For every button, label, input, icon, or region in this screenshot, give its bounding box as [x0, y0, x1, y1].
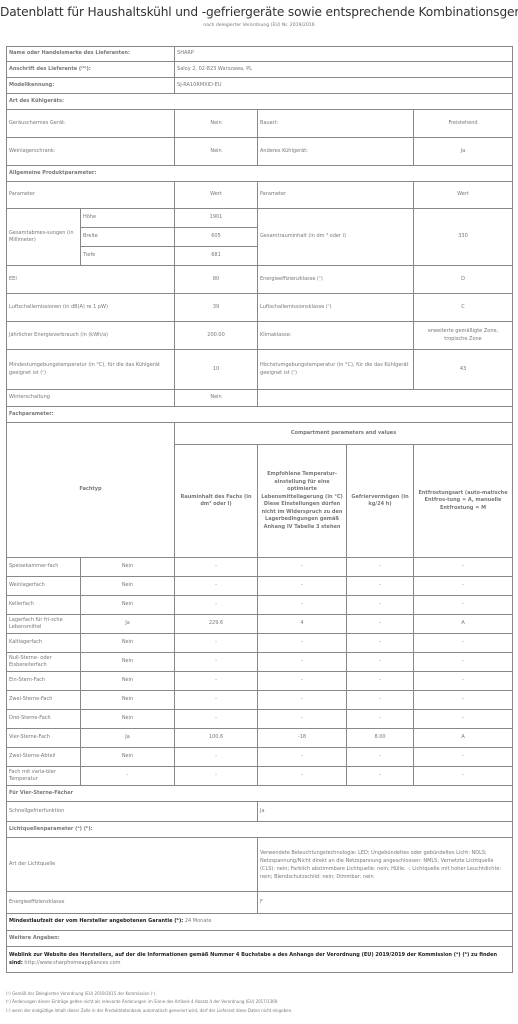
compartment-volume: - [175, 577, 258, 596]
eei-value: 80 [175, 266, 258, 294]
compartment-defrost: - [414, 748, 513, 767]
compartment-volume: - [175, 691, 258, 710]
winter-row: Winterschaltung Nein [7, 390, 513, 407]
compartment-present: Nein [81, 577, 175, 596]
compartment-volume: - [175, 558, 258, 577]
ambient-temp-row: Mindestumgebungstemperatur (in °C), für … [7, 350, 513, 390]
light-section: Lichtquellenparameter (ᵃ) (ᵇ): [7, 822, 513, 838]
compartment-freeze: - [347, 748, 414, 767]
compartment-defrost: - [414, 691, 513, 710]
compartment-freeze: - [347, 672, 414, 691]
climate-label: Klimaklasse: [258, 322, 414, 350]
compartment-defrost: - [414, 710, 513, 729]
compartment-type: Vier-Sterne-Fach [7, 729, 81, 748]
height-row: Gesamtabmes-sungen (in Millimeter) Höhe … [7, 209, 513, 228]
compartment-defrost: A [414, 729, 513, 748]
compartment-temp: - [258, 558, 347, 577]
page-title: Datenblatt für Haushaltskühl und -gefrie… [0, 5, 518, 19]
supplier-address-label: Anschrift des Lieferante (⁽ᵇ⁾): [7, 62, 175, 78]
further-heading: Weitere Angaben: [7, 931, 513, 947]
compartment-present: Ja [81, 615, 175, 634]
compartment-row: Drei-Sterne-FachNein---- [7, 710, 513, 729]
other-appliance-label: Anderes Kühlgerät: [258, 138, 414, 166]
fast-freeze-label: Schnellgefrierfunktion [7, 802, 258, 822]
value-header-2: Wert [414, 182, 513, 209]
warranty-value: 24 Monate [185, 918, 212, 924]
compartment-volume: - [175, 767, 258, 786]
compartment-present: Nein [81, 691, 175, 710]
design-value: Freistehend [414, 110, 513, 138]
compartment-volume: 100.6 [175, 729, 258, 748]
appliance-type-row: Weinlagerschrank: Nein Anderes Kühlgerät… [7, 138, 513, 166]
annual-energy-value: 200.00 [175, 322, 258, 350]
supplier-address-row: Anschrift des Lieferante (⁽ᵇ⁾): Saloy 2,… [7, 62, 513, 78]
fachtyp-header: Fachtyp [7, 423, 175, 558]
model-label: Modellkennung: [7, 78, 175, 94]
model-row: Modellkennung: SJ-RA10RMXID-EU [7, 78, 513, 94]
compartment-temp: - [258, 596, 347, 615]
warranty-cell: Mindestlaufzeit der vom Hersteller angeb… [7, 914, 513, 931]
compartment-volume: - [175, 748, 258, 767]
light-type-row: Art der Lichtquelle Verwendete Beleuchtu… [7, 838, 513, 892]
param-header: Parameter [7, 182, 175, 209]
freeze-col-header: Gefriervermögen (in kg/24 h) [347, 445, 414, 558]
compartment-type: Fach mit varia-bler Temperatur [7, 767, 81, 786]
height-label: Höhe [81, 209, 175, 228]
max-temp-label: Höchstumgebungstemperatur (in °C), für d… [258, 350, 414, 390]
compartment-defrost: - [414, 767, 513, 786]
compartments-group-header: Fachtyp Compartment parameters and value… [7, 423, 513, 445]
compartment-freeze: - [347, 767, 414, 786]
depth-value: 681 [175, 247, 258, 266]
footnote-c: (ᶜ) wenn der endgültige Inhalt dieser Ze… [6, 1007, 292, 1015]
compartment-volume: - [175, 596, 258, 615]
compartment-defrost: - [414, 577, 513, 596]
design-label: Bauart: [258, 110, 414, 138]
compartment-defrost: A [414, 615, 513, 634]
depth-label: Tiefe [81, 247, 175, 266]
compartment-row: Ein-Stern-FachNein---- [7, 672, 513, 691]
param-header-2: Parameter [258, 182, 414, 209]
weblink-value[interactable]: http://www.sharphomeappliances.com [24, 960, 120, 966]
temp-col-header: Empfohlene Temperatur-einstellung für ei… [258, 445, 347, 558]
compartment-type: Speisekammer-fach [7, 558, 81, 577]
compartment-temp: - [258, 653, 347, 672]
datasheet-table: Name oder Handelsmarke des Lieferanten: … [6, 46, 513, 973]
compartment-row: Zwei-Sterne-AbteilNein---- [7, 748, 513, 767]
compartment-present: Nein [81, 748, 175, 767]
footnotes: (ᵃ) Gemäß der Delegierten Verordnung (EU… [6, 990, 292, 1015]
eei-row: EEI 80 Energieeffizienzklasse (ᶜ) D [7, 266, 513, 294]
compartment-temp: - [258, 691, 347, 710]
compartment-volume: - [175, 653, 258, 672]
compartment-temp: - [258, 748, 347, 767]
compartment-defrost: - [414, 558, 513, 577]
value-header: Wert [175, 182, 258, 209]
height-value: 1901 [175, 209, 258, 228]
compartment-row: Fach mit varia-bler Temperatur----- [7, 767, 513, 786]
compartment-freeze: - [347, 596, 414, 615]
compartment-temp: - [258, 577, 347, 596]
compartment-row: KellerfachNein---- [7, 596, 513, 615]
climate-value: erweiterte gemäßigte Zone, tropische Zon… [414, 322, 513, 350]
compartment-temp: - [258, 672, 347, 691]
noise-class-value: C [414, 294, 513, 322]
compartment-row: Zwei-Sterne-FachNein---- [7, 691, 513, 710]
noise-value: 39 [175, 294, 258, 322]
winter-value: Nein [175, 390, 258, 407]
compartment-freeze: - [347, 577, 414, 596]
compartments-heading: Fachparameter: [7, 407, 513, 423]
defrost-col-header: Entfrostungsart (auto-matische Entfros-t… [414, 445, 513, 558]
wine-storage-value: Nein [175, 138, 258, 166]
min-temp-label: Mindestumgebungstemperatur (in °C), für … [7, 350, 175, 390]
other-appliance-value: Ja [414, 138, 513, 166]
low-noise-value: Nein [175, 110, 258, 138]
compartment-temp: 4 [258, 615, 347, 634]
annual-energy-label: Jährlicher Energieverbrauch (in (kWh/a) [7, 322, 175, 350]
general-header-row: Parameter Wert Parameter Wert [7, 182, 513, 209]
page-subtitle: nach delegierter Verordnung (EU) Nr. 201… [0, 23, 518, 28]
volume-value: 330 [414, 209, 513, 266]
compartment-type: Lagerfach für fri-sche Lebensmittel [7, 615, 81, 634]
supplier-name-row: Name oder Handelsmarke des Lieferanten: … [7, 47, 513, 62]
compartment-freeze: - [347, 615, 414, 634]
four-star-heading: Für Vier-Sterne-Fächer [7, 786, 513, 802]
annual-energy-row: Jährlicher Energieverbrauch (in (kWh/a) … [7, 322, 513, 350]
light-type-label: Art der Lichtquelle [7, 838, 258, 892]
compartment-volume: 229.6 [175, 615, 258, 634]
compartment-present: Ja [81, 729, 175, 748]
compartment-type: Kaltlagerfach [7, 634, 81, 653]
compartment-volume: - [175, 710, 258, 729]
compartment-present: Nein [81, 672, 175, 691]
compartment-present: Nein [81, 596, 175, 615]
eei-label: EEI [7, 266, 175, 294]
compartment-present: Nein [81, 710, 175, 729]
compartment-defrost: - [414, 672, 513, 691]
appliance-type-section: Art des Kühlgeräts: [7, 94, 513, 110]
compartment-temp: - [258, 710, 347, 729]
compartment-defrost: - [414, 634, 513, 653]
compartment-temp: - [258, 634, 347, 653]
compartment-row: Vier-Sterne-FachJa100.6-188.00A [7, 729, 513, 748]
compartments-section: Fachparameter: [7, 407, 513, 423]
compartment-row: KaltlagerfachNein---- [7, 634, 513, 653]
compartment-type: Zwei-Sterne-Fach [7, 691, 81, 710]
compartment-defrost: - [414, 596, 513, 615]
compartment-freeze: - [347, 710, 414, 729]
general-section: Allgemeine Produktparameter: [7, 166, 513, 182]
compartment-freeze: - [347, 634, 414, 653]
compartment-freeze: - [347, 691, 414, 710]
compartment-row: Null-Sterne- oder EisbereiterfachNein---… [7, 653, 513, 672]
energy-class-value: D [414, 266, 513, 294]
compartment-row: WeinlagerfachNein---- [7, 577, 513, 596]
general-heading: Allgemeine Produktparameter: [7, 166, 513, 182]
compartment-present: - [81, 767, 175, 786]
warranty-label: Mindestlaufzeit der vom Hersteller angeb… [9, 918, 183, 924]
min-temp-value: 10 [175, 350, 258, 390]
compartment-present: Nein [81, 653, 175, 672]
energy-class-label: Energieeffizienzklasse (ᶜ) [258, 266, 414, 294]
supplier-address-value: Saloy 2, 02-823 Warszawa, PL [175, 62, 513, 78]
compartment-temp: -18 [258, 729, 347, 748]
supplier-name-value: SHARP [175, 47, 513, 62]
appliance-type-row: Geräuscharmes Gerät: Nein Bauart: Freist… [7, 110, 513, 138]
noise-label: Luftschallemissionen (in dB(A) re 1 pW) [7, 294, 175, 322]
footnote-b: (ᵇ) Änderungen dieser Einträge gelten ni… [6, 998, 292, 1006]
light-heading: Lichtquellenparameter (ᵃ) (ᵇ): [7, 822, 513, 838]
compartment-type: Ein-Stern-Fach [7, 672, 81, 691]
compartment-defrost: - [414, 653, 513, 672]
noise-row: Luftschallemissionen (in dB(A) re 1 pW) … [7, 294, 513, 322]
light-class-row: Energieeffizienzklasse F [7, 892, 513, 914]
light-type-value: Verwendete Beleuchtungstechnologie: LED;… [258, 838, 513, 892]
model-value: SJ-RA10RMXID-EU [175, 78, 513, 94]
footnote-a: (ᵃ) Gemäß der Delegierten Verordnung (EU… [6, 990, 292, 998]
compartment-row: Speisekammer-fachNein---- [7, 558, 513, 577]
noise-class-label: Luftschallemissionsklasse (ᶜ) [258, 294, 414, 322]
fast-freeze-value: Ja [258, 802, 513, 822]
compartment-freeze: - [347, 653, 414, 672]
weblink-cell: Weblink zur Website des Herstellers, auf… [7, 947, 513, 973]
volume-col-header: Rauminhalt des Fachs (in dm³ oder l) [175, 445, 258, 558]
compartment-freeze: - [347, 558, 414, 577]
compartment-type: Kellerfach [7, 596, 81, 615]
four-star-section: Für Vier-Sterne-Fächer [7, 786, 513, 802]
compartment-type: Zwei-Sterne-Abteil [7, 748, 81, 767]
compartment-type: Null-Sterne- oder Eisbereiterfach [7, 653, 81, 672]
weblink-row: Weblink zur Website des Herstellers, auf… [7, 947, 513, 973]
compartment-volume: - [175, 634, 258, 653]
winter-label: Winterschaltung [7, 390, 175, 407]
width-value: 605 [175, 228, 258, 247]
compartment-type: Drei-Sterne-Fach [7, 710, 81, 729]
warranty-row: Mindestlaufzeit der vom Hersteller angeb… [7, 914, 513, 931]
light-class-value: F [258, 892, 513, 914]
compartment-present: Nein [81, 634, 175, 653]
compartment-row: Lagerfach für fri-sche LebensmittelJa229… [7, 615, 513, 634]
wine-storage-label: Weinlagerschrank: [7, 138, 175, 166]
compartment-params-header: Compartment parameters and values [175, 423, 513, 445]
light-class-label: Energieeffizienzklasse [7, 892, 258, 914]
compartment-freeze: 8.00 [347, 729, 414, 748]
max-temp-value: 43 [414, 350, 513, 390]
appliance-type-heading: Art des Kühlgeräts: [7, 94, 513, 110]
low-noise-label: Geräuscharmes Gerät: [7, 110, 175, 138]
supplier-name-label: Name oder Handelsmarke des Lieferanten: [7, 47, 175, 62]
fast-freeze-row: Schnellgefrierfunktion Ja [7, 802, 513, 822]
compartment-volume: - [175, 672, 258, 691]
compartment-temp: - [258, 767, 347, 786]
further-section: Weitere Angaben: [7, 931, 513, 947]
winter-empty [258, 390, 513, 407]
compartment-type: Weinlagerfach [7, 577, 81, 596]
compartment-present: Nein [81, 558, 175, 577]
volume-label: Gesamtrauminhalt (in dm ³ oder l) [258, 209, 414, 266]
dimensions-label: Gesamtabmes-sungen (in Millimeter) [7, 209, 81, 266]
width-label: Breite [81, 228, 175, 247]
